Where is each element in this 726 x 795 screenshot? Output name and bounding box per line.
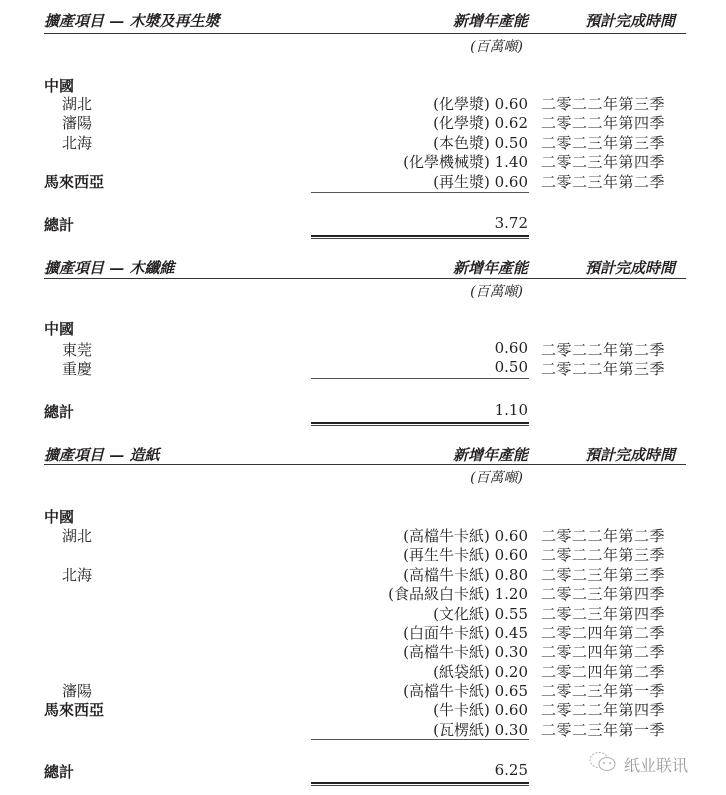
completion-date: 二零二二年第三季 bbox=[541, 93, 665, 114]
completion-date: 二零二三年第四季 bbox=[541, 603, 665, 624]
total-label: 總計 bbox=[44, 761, 74, 782]
column-header-completion: 預計完成時間 bbox=[585, 10, 675, 31]
capacity-value: 0.60 bbox=[495, 339, 528, 357]
completion-date: 二零二四年第二季 bbox=[541, 661, 665, 682]
completion-date: 二零二三年第四季 bbox=[541, 583, 665, 604]
city-label: 湖北 bbox=[62, 525, 92, 546]
header-rule bbox=[44, 278, 686, 279]
section-title: 擴產項目 — 木纖維 bbox=[44, 257, 174, 278]
region-label: 馬來西亞 bbox=[44, 699, 104, 720]
column-header-completion: 預計完成時間 bbox=[585, 257, 675, 278]
completion-date: 二零二三年第一季 bbox=[541, 719, 665, 740]
completion-date: 二零二二年第三季 bbox=[541, 358, 665, 379]
subtotal-rule bbox=[311, 739, 529, 740]
unit-label: (百萬噸) bbox=[470, 36, 523, 56]
completion-date: 二零二三年第三季 bbox=[541, 564, 665, 585]
section-title: 擴產項目 — 木漿及再生漿 bbox=[44, 10, 219, 31]
total-double-rule bbox=[311, 422, 529, 426]
city-label: 重慶 bbox=[62, 358, 92, 379]
city-label: 北海 bbox=[62, 564, 92, 585]
completion-date: 二零二二年第二季 bbox=[541, 525, 665, 546]
capacity-value: (高檔牛卡紙) 0.30 bbox=[403, 641, 528, 662]
completion-date: 二零二四年第二季 bbox=[541, 641, 665, 662]
header-rule bbox=[44, 464, 686, 465]
completion-date: 二零二三年第四季 bbox=[541, 151, 665, 172]
city-label: 湖北 bbox=[62, 93, 92, 114]
completion-date: 二零二二年第四季 bbox=[541, 112, 665, 133]
capacity-value: (高檔牛卡紙) 0.80 bbox=[403, 564, 528, 585]
city-label: 瀋陽 bbox=[62, 112, 92, 133]
total-label: 總計 bbox=[44, 401, 74, 422]
total-value: 6.25 bbox=[495, 761, 528, 779]
unit-label: (百萬噸) bbox=[470, 281, 523, 301]
capacity-value: (化學漿) 0.62 bbox=[433, 112, 528, 133]
completion-date: 二零二三年第二季 bbox=[541, 171, 665, 192]
watermark: 纸业联讯 bbox=[588, 750, 688, 778]
region-label: 中國 bbox=[44, 318, 74, 339]
capacity-value: (高檔牛卡紙) 0.60 bbox=[403, 525, 528, 546]
completion-date: 二零二二年第四季 bbox=[541, 699, 665, 720]
total-value: 3.72 bbox=[495, 214, 528, 232]
capacity-value: (紙袋紙) 0.20 bbox=[433, 661, 528, 682]
capacity-value: 0.50 bbox=[495, 358, 528, 376]
completion-date: 二零二二年第二季 bbox=[541, 339, 665, 360]
capacity-value: (本色漿) 0.50 bbox=[433, 132, 528, 153]
column-header-capacity: 新增年產能 bbox=[453, 10, 528, 31]
total-double-rule bbox=[311, 235, 529, 239]
header-rule bbox=[44, 33, 686, 34]
capacity-value: (化學漿) 0.60 bbox=[433, 93, 528, 114]
subtotal-rule bbox=[311, 378, 529, 379]
total-label: 總計 bbox=[44, 214, 74, 235]
region-label: 馬來西亞 bbox=[44, 171, 104, 192]
completion-date: 二零二三年第一季 bbox=[541, 680, 665, 701]
capacity-value: (瓦楞紙) 0.30 bbox=[433, 719, 528, 740]
column-header-capacity: 新增年產能 bbox=[453, 257, 528, 278]
capacity-value: (食品級白卡紙) 1.20 bbox=[388, 583, 528, 604]
wechat-icon bbox=[588, 750, 618, 778]
city-label: 東莞 bbox=[62, 339, 92, 360]
capacity-value: (化學機械漿) 1.40 bbox=[403, 151, 528, 172]
total-value: 1.10 bbox=[495, 401, 528, 419]
column-header-capacity: 新增年產能 bbox=[453, 444, 528, 465]
watermark-text: 纸业联讯 bbox=[624, 753, 688, 776]
capacity-value: (高檔牛卡紙) 0.65 bbox=[403, 680, 528, 701]
capacity-value: (再生漿) 0.60 bbox=[433, 171, 528, 192]
city-label: 北海 bbox=[62, 132, 92, 153]
section-title: 擴產項目 — 造紙 bbox=[44, 444, 159, 465]
completion-date: 二零二四年第二季 bbox=[541, 622, 665, 643]
capacity-value: (牛卡紙) 0.60 bbox=[433, 699, 528, 720]
capacity-value: (再生牛卡紙) 0.60 bbox=[403, 544, 528, 565]
completion-date: 二零二二年第三季 bbox=[541, 544, 665, 565]
subtotal-rule bbox=[311, 192, 529, 193]
region-label: 中國 bbox=[44, 506, 74, 527]
capacity-value: (文化紙) 0.55 bbox=[433, 603, 528, 624]
unit-label: (百萬噸) bbox=[470, 467, 523, 487]
total-double-rule bbox=[311, 782, 529, 786]
capacity-value: (白面牛卡紙) 0.45 bbox=[403, 622, 528, 643]
column-header-completion: 預計完成時間 bbox=[585, 444, 675, 465]
completion-date: 二零二三年第三季 bbox=[541, 132, 665, 153]
city-label: 瀋陽 bbox=[62, 680, 92, 701]
